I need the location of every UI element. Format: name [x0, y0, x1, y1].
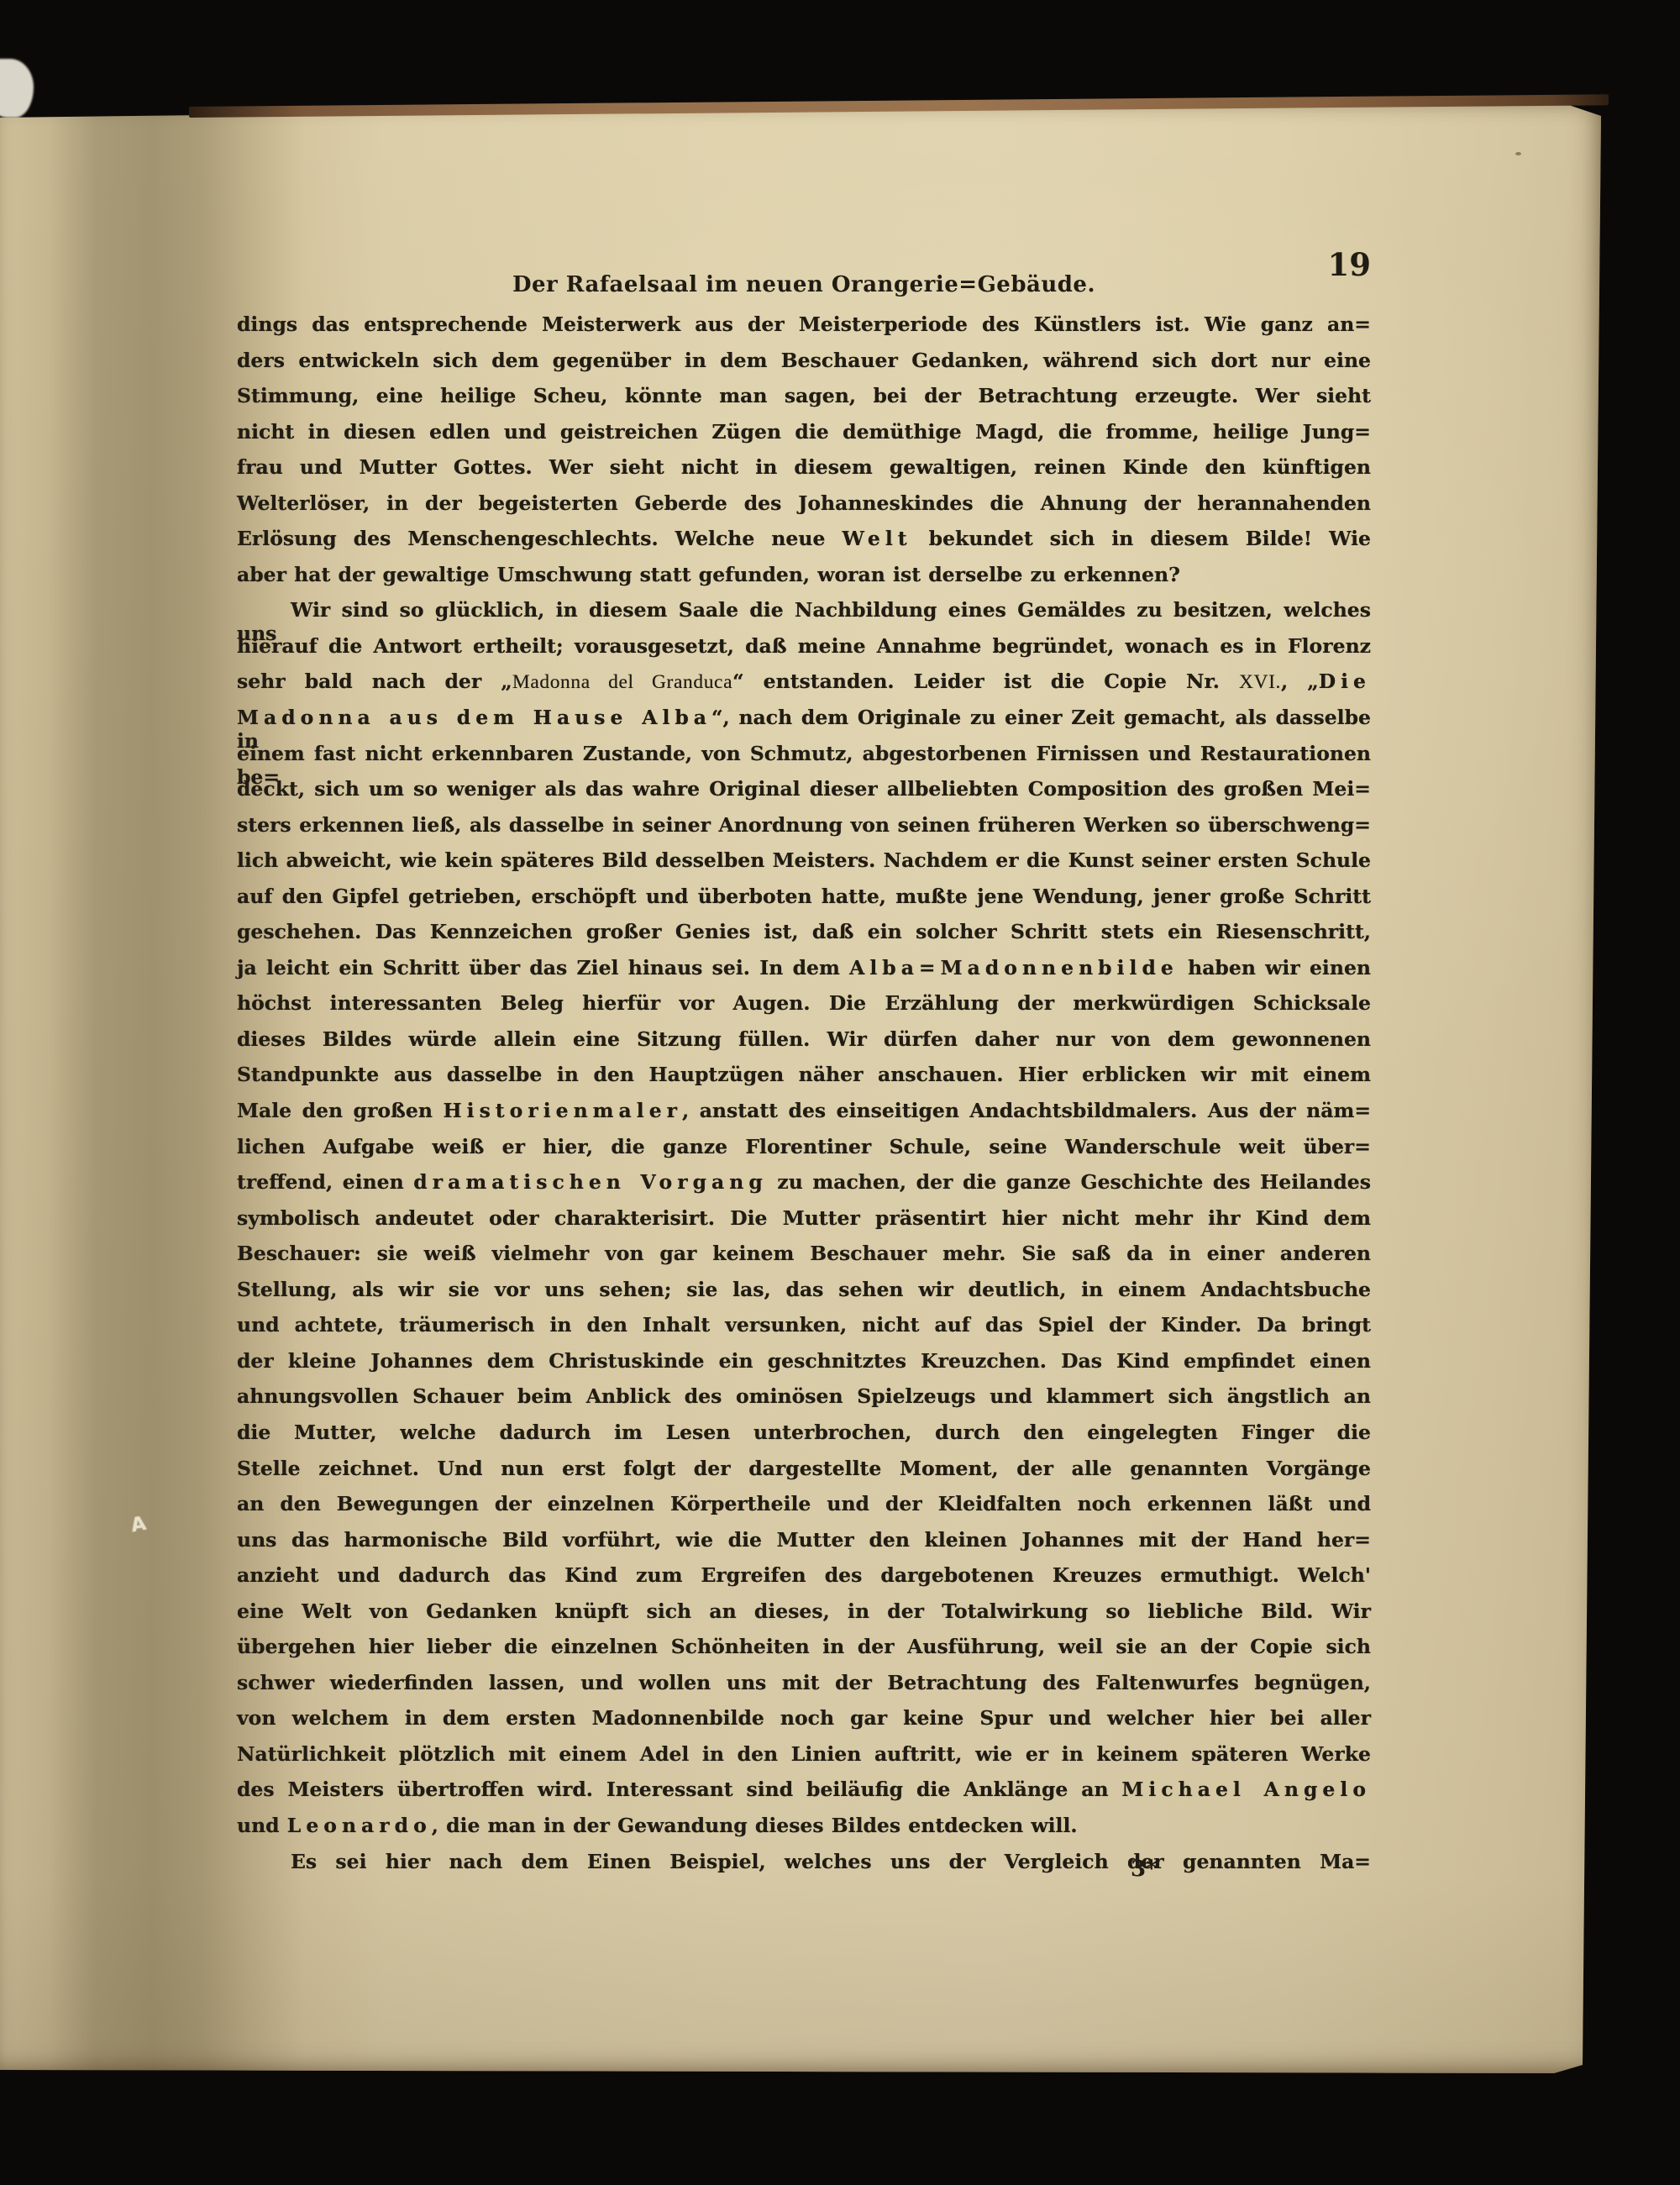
fraktur-text: der kleine Johannes dem Christuskinde ei… — [237, 1349, 1371, 1373]
text-line: Welterlöser, in der begeisterten Geberde… — [237, 491, 1371, 528]
fraktur-text: nicht in diesen edlen und geistreichen Z… — [237, 420, 1371, 444]
fraktur-text: ja leicht ein Schritt über das Ziel hina… — [237, 956, 849, 980]
text-line: Stimmung, eine heilige Scheu, könnte man… — [237, 384, 1371, 420]
dust-speck — [1515, 152, 1521, 155]
text-line: Beschauer: sie weiß vielmehr von gar kei… — [237, 1242, 1371, 1278]
text-line: Stelle zeichnet. Und nun erst folgt der … — [237, 1457, 1371, 1493]
fraktur-text: Stimmung, eine heilige Scheu, könnte man… — [237, 384, 1371, 407]
text-line: hierauf die Antwort ertheilt; vorausgese… — [237, 634, 1371, 670]
letterspaced-text: Leonardo — [287, 1814, 432, 1837]
text-line: Standpunkte aus dasselbe in den Hauptzüg… — [237, 1063, 1371, 1099]
page-number: 19 — [237, 246, 1371, 283]
text-line: und achtete, träumerisch in den Inhalt v… — [237, 1313, 1371, 1349]
fraktur-text: und achtete, träumerisch in den Inhalt v… — [237, 1313, 1371, 1337]
fraktur-text: des Meisters übertroffen wird. Interessa… — [237, 1778, 1121, 1801]
text-line: Erlösung des Menschengeschlechts. Welche… — [237, 527, 1371, 563]
fraktur-text: Standpunkte aus dasselbe in den Hauptzüg… — [237, 1063, 1371, 1086]
antiqua-text: Madonna del Granduca — [512, 671, 732, 693]
text-line: Es sei hier nach dem Einen Beispiel, wel… — [237, 1850, 1371, 1886]
text-line: lichen Aufgabe weiß er hier, die ganze F… — [237, 1135, 1371, 1171]
text-line: nicht in diesen edlen und geistreichen Z… — [237, 420, 1371, 456]
fraktur-text: hierauf die Antwort ertheilt; vorausgese… — [237, 634, 1371, 658]
text-line: sehr bald nach der „Madonna del Granduca… — [237, 670, 1371, 706]
fraktur-text: anzieht und dadurch das Kind zum Ergreif… — [237, 1563, 1371, 1587]
fraktur-text: frau und Mutter Gottes. Wer sieht nicht … — [237, 455, 1371, 479]
fraktur-text: die Mutter, welche dadurch im Lesen unte… — [237, 1421, 1371, 1444]
fraktur-text: übergehen hier lieber die einzelnen Schö… — [237, 1635, 1371, 1658]
text-line: Stellung, als wir sie vor uns sehen; sie… — [237, 1278, 1371, 1314]
fraktur-text: Erlösung des Menschengeschlechts. Welche… — [237, 527, 842, 550]
fraktur-text: aber hat der gewaltige Umschwung statt g… — [237, 563, 1180, 586]
text-line: frau und Mutter Gottes. Wer sieht nicht … — [237, 455, 1371, 491]
text-line: Natürlichkeit plötzlich mit einem Adel i… — [237, 1742, 1371, 1778]
text-line: an den Bewegungen der einzelnen Körperth… — [237, 1492, 1371, 1528]
fraktur-text: lichen Aufgabe weiß er hier, die ganze F… — [237, 1135, 1371, 1158]
fraktur-text: sters erkennen ließ, als dasselbe in sei… — [237, 813, 1371, 837]
fraktur-text: schwer wiederfinden lassen, und wollen u… — [237, 1671, 1371, 1694]
fraktur-text: Welterlöser, in der begeisterten Geberde… — [237, 491, 1371, 515]
text-line: der kleine Johannes dem Christuskinde ei… — [237, 1349, 1371, 1385]
letterspaced-text: dramatischen Vorgang — [413, 1170, 767, 1194]
letterspaced-text: Michael Angelo — [1121, 1778, 1371, 1801]
text-line: sters erkennen ließ, als dasselbe in sei… — [237, 813, 1371, 849]
text-line: uns das harmonische Bild vorführt, wie d… — [237, 1528, 1371, 1564]
fraktur-text: Male den großen — [237, 1099, 443, 1122]
text-line: treffend, einen dramatischen Vorgang zu … — [237, 1170, 1371, 1206]
fraktur-text: , anstatt des einseitigen Andachtsbildma… — [682, 1099, 1371, 1122]
fraktur-text: sehr bald nach der „ — [237, 670, 512, 693]
text-line: schwer wiederfinden lassen, und wollen u… — [237, 1671, 1371, 1707]
text-line: übergehen hier lieber die einzelnen Schö… — [237, 1635, 1371, 1671]
text-line: die Mutter, welche dadurch im Lesen unte… — [237, 1421, 1371, 1457]
fraktur-text: treffend, einen — [237, 1170, 413, 1194]
fraktur-text: Beschauer: sie weiß vielmehr von gar kei… — [237, 1242, 1371, 1265]
text-line: dieses Bildes würde allein eine Sitzung … — [237, 1027, 1371, 1064]
fraktur-text: Es sei hier nach dem Einen Beispiel, wel… — [291, 1850, 1371, 1873]
paper-fragment — [0, 59, 34, 118]
text-line: höchst interessanten Beleg hierfür vor A… — [237, 991, 1371, 1027]
fraktur-text: höchst interessanten Beleg hierfür vor A… — [237, 991, 1371, 1015]
text-line: des Meisters übertroffen wird. Interessa… — [237, 1778, 1371, 1814]
text-line: ders entwickeln sich dem gegenüber in de… — [237, 349, 1371, 385]
fraktur-text: geschehen. Das Kennzeichen großer Genies… — [237, 920, 1371, 943]
fraktur-text: von welchem in dem ersten Madonnenbilde … — [237, 1706, 1371, 1730]
fraktur-text: deckt, sich um so weniger als das wahre … — [237, 777, 1371, 801]
fraktur-text: “ entstanden. Leider ist die Copie Nr. — [732, 670, 1239, 693]
text-line: dings das entsprechende Meisterwerk aus … — [237, 313, 1371, 349]
text-line: eine Welt von Gedanken knüpft sich an di… — [237, 1599, 1371, 1636]
text-line: Male den großen Historienmaler, anstatt … — [237, 1099, 1371, 1135]
text-line: symbolisch andeutet oder charakterisirt.… — [237, 1206, 1371, 1242]
fraktur-text: ahnungsvollen Schauer beim Anblick des o… — [237, 1384, 1371, 1408]
signature-mark: 3* — [1131, 1857, 1158, 1882]
text-line: ja leicht ein Schritt über das Ziel hina… — [237, 956, 1371, 992]
text-line: einem fast nicht erkennbaren Zustande, v… — [237, 742, 1371, 778]
fraktur-text: an den Bewegungen der einzelnen Körperth… — [237, 1492, 1371, 1515]
text-line: anzieht und dadurch das Kind zum Ergreif… — [237, 1563, 1371, 1599]
fraktur-text: und — [237, 1814, 287, 1837]
letterspaced-text: Alba=Madonnenbilde — [849, 956, 1179, 980]
fraktur-text: haben wir einen — [1179, 956, 1371, 980]
fraktur-text: , „ — [1281, 670, 1319, 693]
fraktur-text: Stellung, als wir sie vor uns sehen; sie… — [237, 1278, 1371, 1301]
fraktur-text: auf den Gipfel getrieben, erschöpft und … — [237, 885, 1371, 908]
fraktur-text: Stelle zeichnet. Und nun erst folgt der … — [237, 1457, 1371, 1480]
letterspaced-text: Die — [1319, 670, 1371, 693]
letterspaced-text: Madonna aus dem Hause Alba — [237, 706, 711, 729]
body-text: dings das entsprechende Meisterwerk aus … — [237, 313, 1371, 1885]
text-line: deckt, sich um so weniger als das wahre … — [237, 777, 1371, 813]
fraktur-text: dings das entsprechende Meisterwerk aus … — [237, 313, 1371, 336]
text-line: auf den Gipfel getrieben, erschöpft und … — [237, 885, 1371, 921]
fraktur-text: Natürlichkeit plötzlich mit einem Adel i… — [237, 1742, 1371, 1766]
text-line: geschehen. Das Kennzeichen großer Genies… — [237, 920, 1371, 956]
text-line: aber hat der gewaltige Umschwung statt g… — [237, 563, 1371, 599]
fraktur-text: , die man in der Gewandung dieses Bildes… — [432, 1814, 1078, 1837]
fraktur-text: dieses Bildes würde allein eine Sitzung … — [237, 1027, 1371, 1051]
antiqua-text: XVI. — [1239, 671, 1281, 693]
letterspaced-text: Historienmaler — [443, 1099, 682, 1122]
fraktur-text: eine Welt von Gedanken knüpft sich an di… — [237, 1599, 1371, 1623]
fraktur-text: ders entwickeln sich dem gegenüber in de… — [237, 349, 1371, 372]
text-line: Wir sind so glücklich, in diesem Saale d… — [237, 598, 1371, 634]
text-line: Madonna aus dem Hause Alba“, nach dem Or… — [237, 706, 1371, 742]
fraktur-text: lich abweicht, wie kein späteres Bild de… — [237, 848, 1371, 872]
text-line: und Leonardo, die man in der Gewandung d… — [237, 1814, 1371, 1850]
text-line: lich abweicht, wie kein späteres Bild de… — [237, 848, 1371, 885]
text-line: von welchem in dem ersten Madonnenbilde … — [237, 1706, 1371, 1742]
text-line: ahnungsvollen Schauer beim Anblick des o… — [237, 1384, 1371, 1421]
fraktur-text: uns das harmonische Bild vorführt, wie d… — [237, 1528, 1371, 1552]
letterspaced-text: Welt — [842, 527, 911, 550]
fraktur-text: symbolisch andeutet oder charakterisirt.… — [237, 1206, 1371, 1230]
fraktur-text: bekundet sich in diesem Bilde! Wie — [912, 527, 1371, 550]
fraktur-text: zu machen, der die ganze Geschichte des … — [768, 1170, 1371, 1194]
